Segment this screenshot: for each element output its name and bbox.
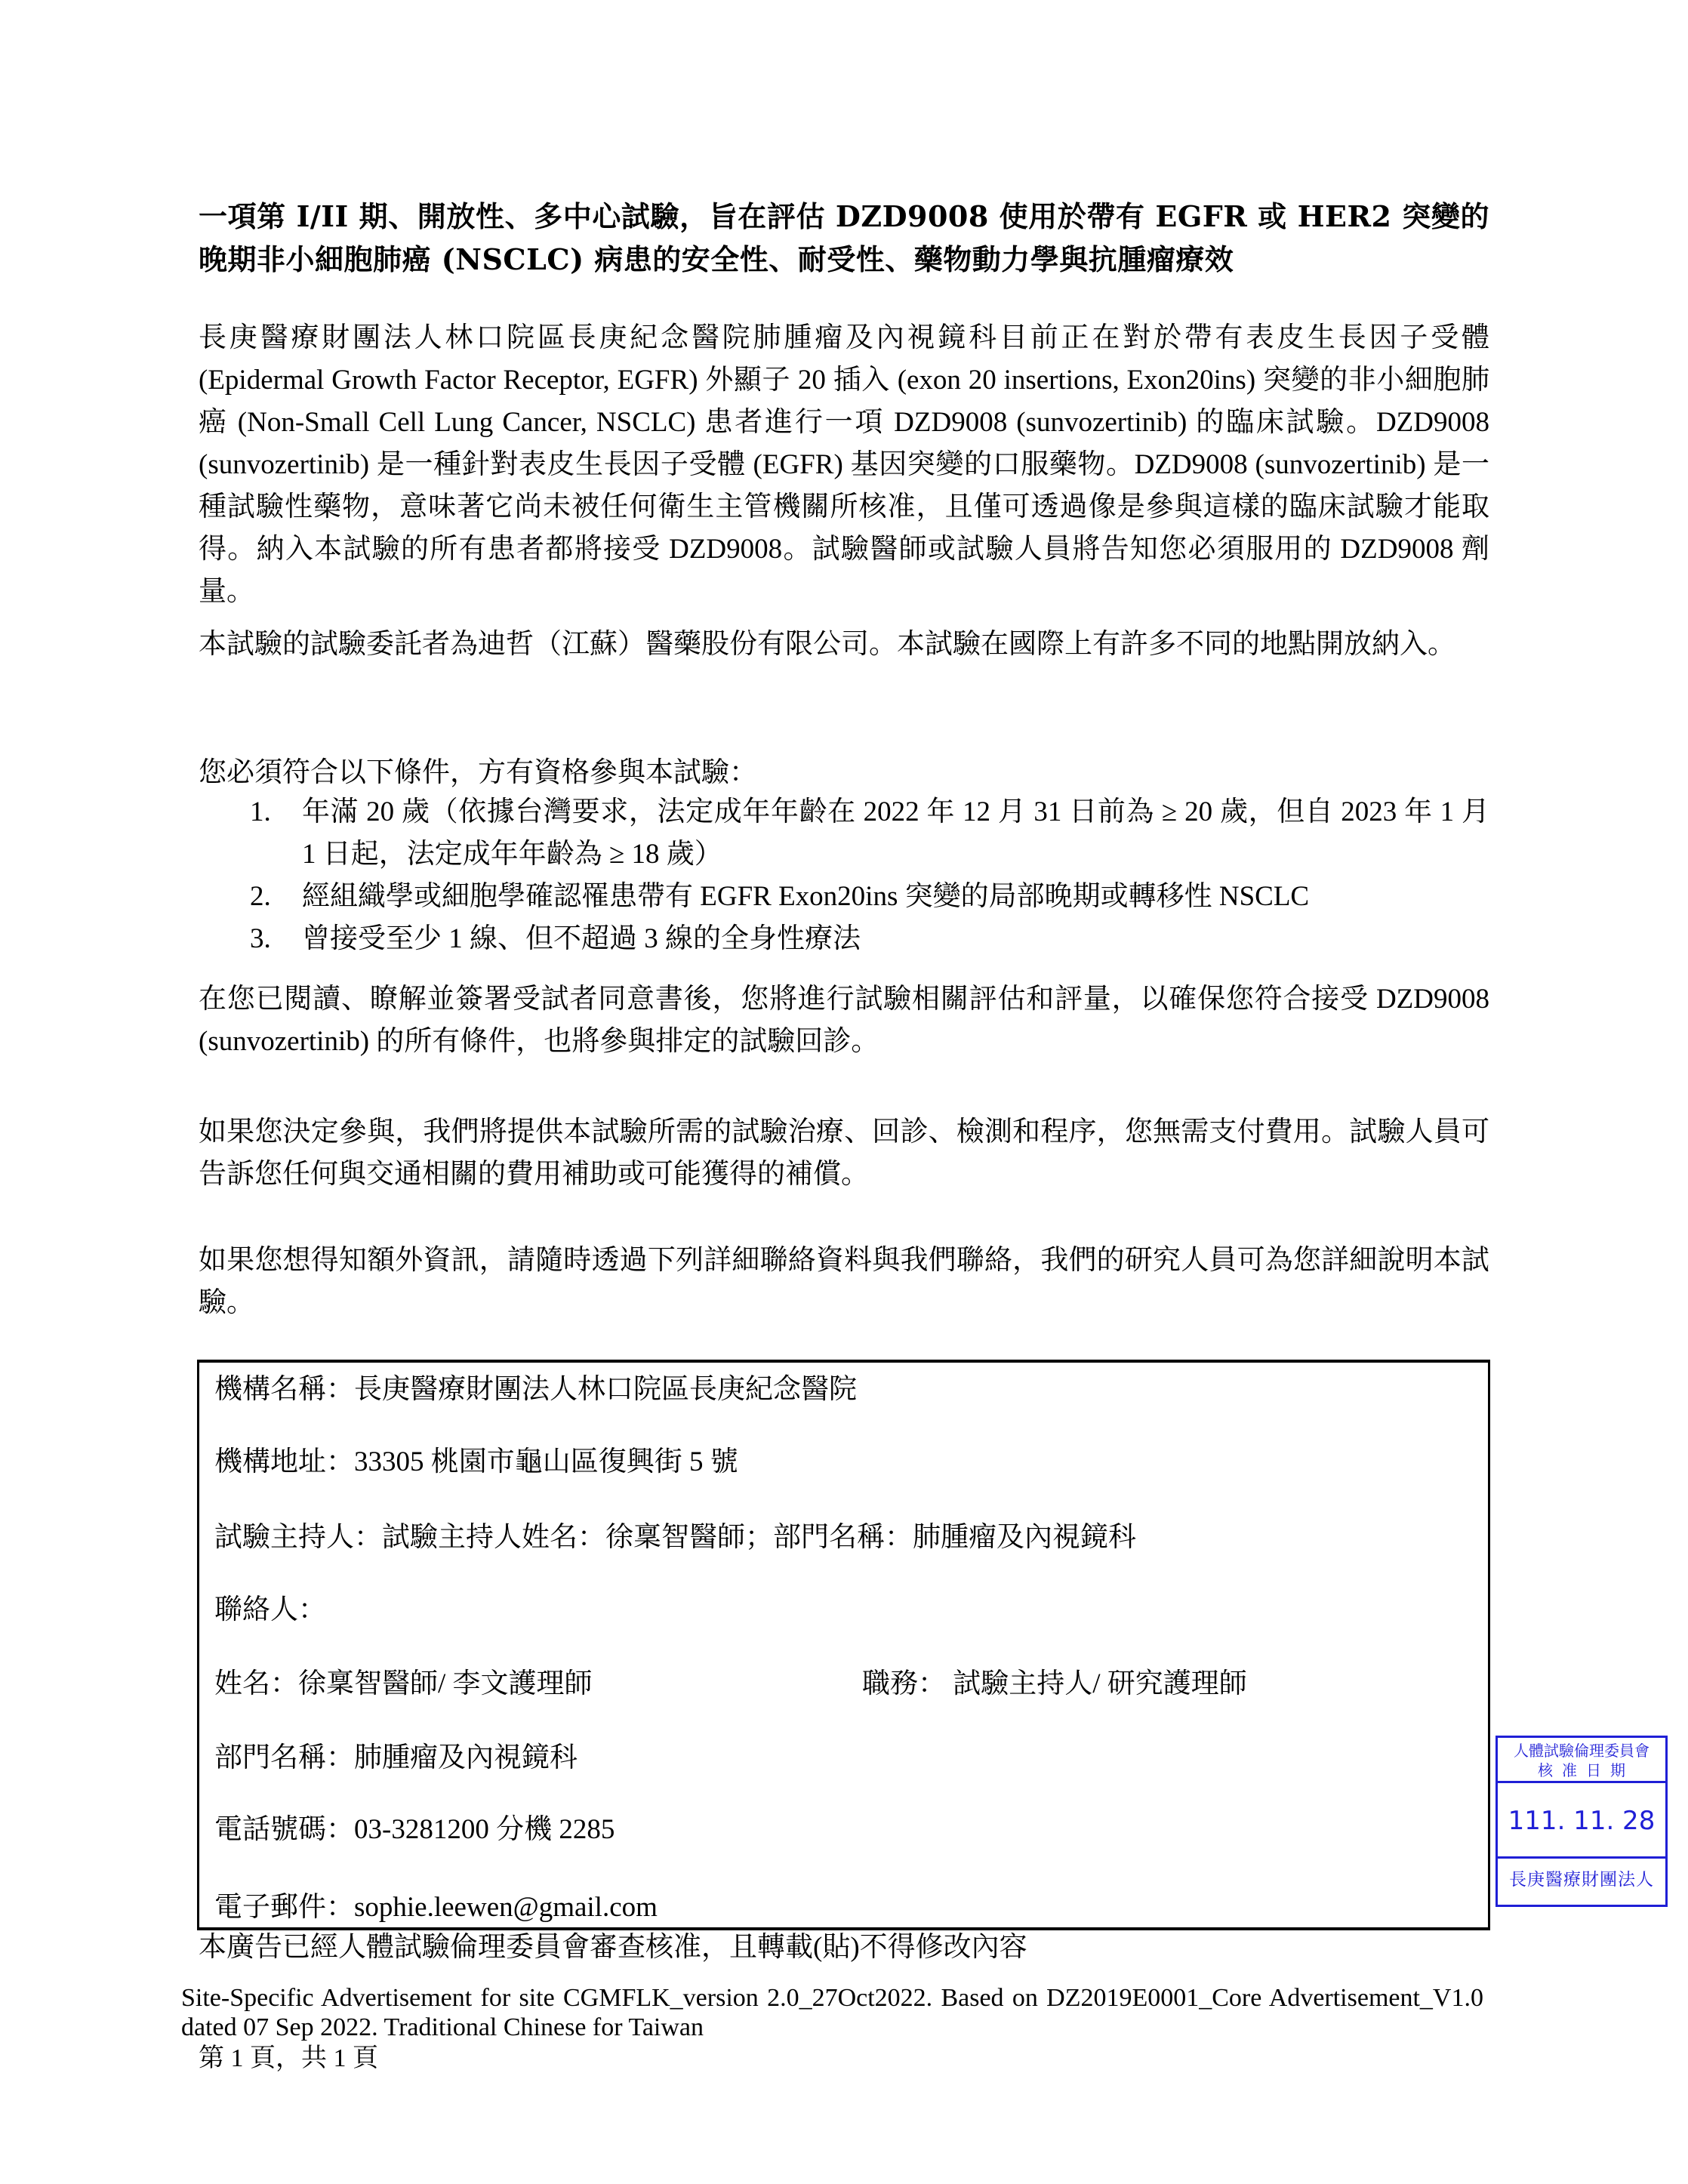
footer-version-text: Site-Specific Advertisement for site CGM…	[181, 1983, 1483, 2042]
eligibility-intro: 您必須符合以下條件，方有資格參與本試驗：	[199, 752, 1489, 794]
department-name: 部門名稱：肺腫瘤及內視鏡科	[214, 1742, 578, 1775]
list-number: 2.	[250, 876, 271, 918]
assessment-paragraph: 在您已閱讀、瞭解並簽署受試者同意書後，您將進行試驗相關評估和評量，以確保您符合接…	[199, 978, 1489, 1063]
contact-name-row: 姓名：徐稟智醫師/ 李文護理師 職務： 試驗主持人/ 研究護理師	[214, 1668, 593, 1701]
institution-name: 機構名稱：長庚醫療財團法人林口院區長庚紀念醫院	[214, 1373, 857, 1406]
stamp-committee: 人體試驗倫理委員會	[1514, 1742, 1649, 1760]
list-text: 經組織學或細胞學確認罹患帶有 EGFR Exon20ins 突變的局部晚期或轉移…	[302, 881, 1309, 912]
stamp-header: 人體試驗倫理委員會 核准日期	[1498, 1738, 1665, 1783]
stamp-approval-label: 核准日期	[1498, 1760, 1665, 1780]
phone-number: 電話號碼：03-3281200 分機 2285	[214, 1813, 615, 1847]
stamp-organization: 長庚醫療財團法人	[1498, 1859, 1665, 1905]
contact-name: 姓名：徐稟智醫師/ 李文護理師	[214, 1668, 593, 1699]
sponsor-paragraph: 本試驗的試驗委託者為迪哲（江蘇）醫藥股份有限公司。本試驗在國際上有許多不同的地點…	[199, 624, 1489, 666]
intro-paragraph: 長庚醫療財團法人林口院區長庚紀念醫院肺腫瘤及內視鏡科目前正在對於帶有表皮生長因子…	[199, 317, 1489, 613]
list-number: 1.	[250, 791, 271, 833]
list-item: 1. 年滿 20 歲（依據台灣要求，法定成年年齡在 2022 年 12 月 31…	[199, 791, 1489, 876]
document-page: 一項第 I/II 期、開放性、多中心試驗，旨在評估 DZD9008 使用於帶有 …	[0, 0, 1688, 2184]
list-text: 年滿 20 歲（依據台灣要求，法定成年年齡在 2022 年 12 月 31 日前…	[302, 796, 1489, 870]
contact-intro-paragraph: 如果您想得知額外資訊，請隨時透過下列詳細聯絡資料與我們聯絡，我們的研究人員可為您…	[199, 1240, 1489, 1324]
document-title: 一項第 I/II 期、開放性、多中心試驗，旨在評估 DZD9008 使用於帶有 …	[199, 195, 1489, 281]
eligibility-list: 1. 年滿 20 歲（依據台灣要求，法定成年年齡在 2022 年 12 月 31…	[199, 791, 1489, 960]
approval-notice: 本廣告已經人體試驗倫理委員會審查核准，且轉載(貼)不得修改內容	[199, 1931, 1027, 1964]
contact-person-label: 聯絡人：	[214, 1594, 326, 1627]
list-item: 2. 經組織學或細胞學確認罹患帶有 EGFR Exon20ins 突變的局部晚期…	[199, 876, 1489, 918]
contact-role: 職務： 試驗主持人/ 研究護理師	[862, 1668, 1247, 1701]
principal-investigator: 試驗主持人：試驗主持人姓名：徐稟智醫師；部門名稱：肺腫瘤及內視鏡科	[214, 1521, 1136, 1554]
institution-address: 機構地址：33305 桃園市龜山區復興街 5 號	[214, 1446, 738, 1479]
irb-approval-stamp: 人體試驗倫理委員會 核准日期 111. 11. 28 長庚醫療財團法人	[1495, 1736, 1668, 1907]
contact-info-box: 機構名稱：長庚醫療財團法人林口院區長庚紀念醫院 機構地址：33305 桃園市龜山…	[197, 1360, 1490, 1930]
page-number: 第 1 頁，共 1 頁	[199, 2044, 378, 2074]
list-number: 3.	[250, 918, 271, 960]
list-text: 曾接受至少 1 線、但不超過 3 線的全身性療法	[302, 923, 861, 954]
list-item: 3. 曾接受至少 1 線、但不超過 3 線的全身性療法	[199, 918, 1489, 960]
stamp-date: 111. 11. 28	[1498, 1785, 1665, 1859]
costs-paragraph: 如果您決定參與，我們將提供本試驗所需的試驗治療、回診、檢測和程序，您無需支付費用…	[199, 1111, 1489, 1196]
email-address: 電子郵件：sophie.leewen@gmail.com	[214, 1891, 658, 1924]
